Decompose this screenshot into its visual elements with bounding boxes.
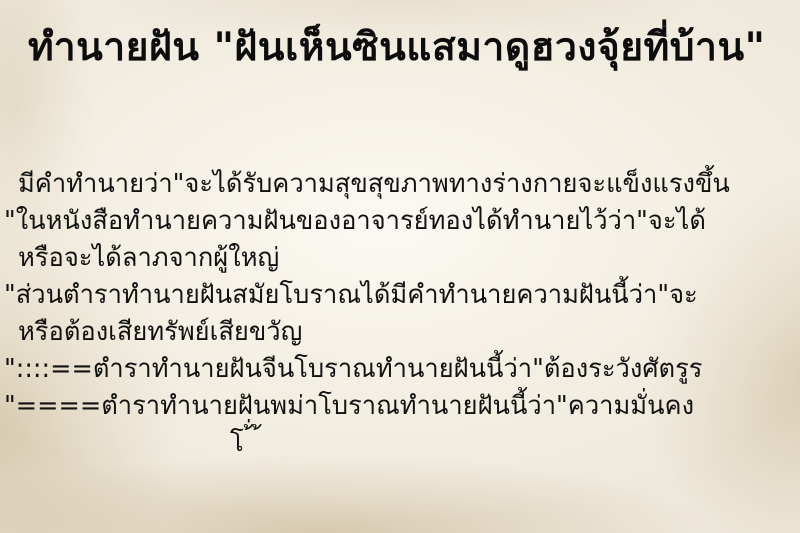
prophecy-line-ancient-text-cont: หรือต้องเสียทรัพย์เสียขวัญ [18,312,302,352]
prophecy-line-ancient-text: "ส่วนตำราทำนายฝันสมัยโบราณได้มีคำทำนายคว… [4,275,698,315]
aged-paper-background: ทำนายฝัน "ฝันเห็นซินแสมาดูฮวงจุ้ยที่บ้าน… [0,0,800,533]
prophecy-line-ajarn-thong: "ในหนังสือทำนายความฝันของอาจารย์ทองได้ทำ… [4,201,706,241]
prophecy-line-burmese-text: "====ตำราทำนายฝันพม่าโบราณทำนายฝันนี้ว่า… [4,386,694,426]
page-title: ทำนายฝัน "ฝันเห็นซินแสมาดูฮวงจุ้ยที่บ้าน… [28,18,765,78]
prophecy-line-cutoff: โ ้่ ้ [230,423,261,463]
prophecy-line-chinese-text: "::::==ตำราทำนายฝันจีนโบราณทำนายฝันนี้ว่… [4,349,702,389]
prophecy-line-general: มีคำทำนายว่า"จะได้รับความสุขสุขภาพทางร่า… [18,164,730,204]
prophecy-line-ajarn-thong-cont: หรือจะได้ลาภจากผู้ใหญ่ [18,238,279,278]
